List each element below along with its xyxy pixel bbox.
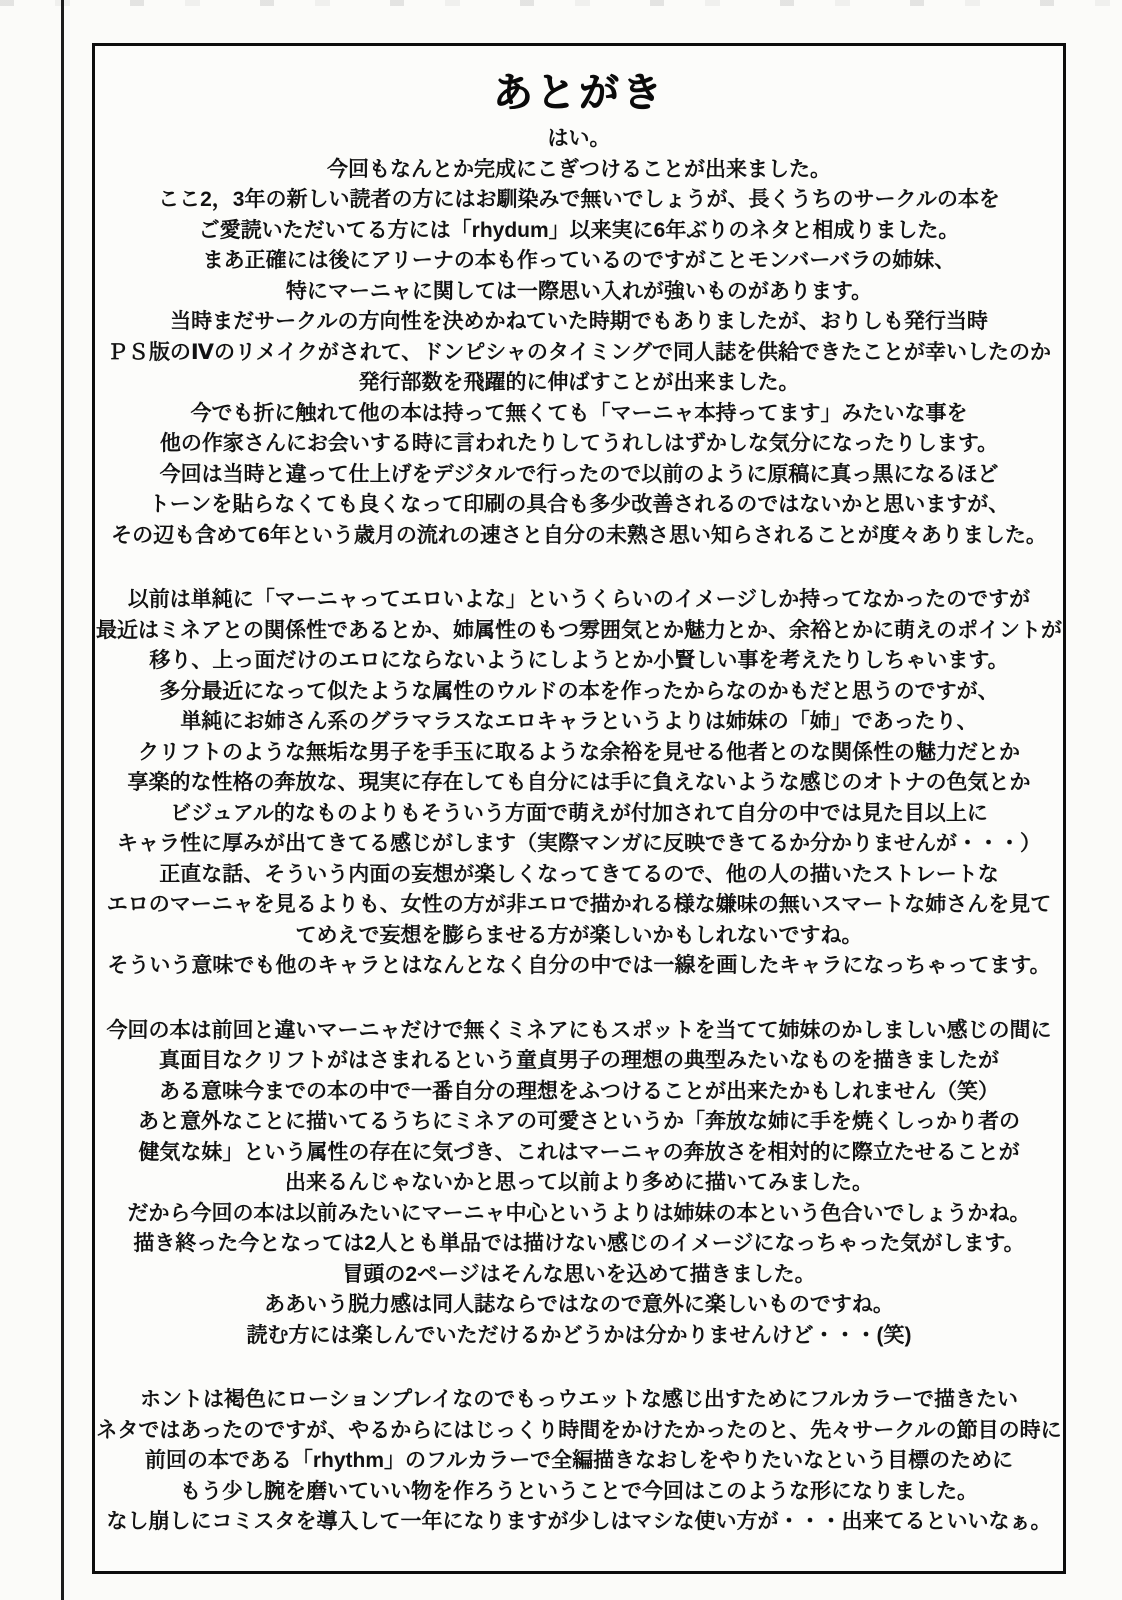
text-line: 今回は当時と違って仕上げをデジタルで行ったので以前のように原稿に真っ黒になるほど xyxy=(95,460,1063,491)
text-line: 単純にお姉さん系のグラマラスなエロキャラというよりは姉妹の「姉」であったり、 xyxy=(95,707,1063,738)
text-line: 享楽的な性格の奔放な、現実に存在しても自分には手に負えないような感じのオトナの色… xyxy=(95,768,1063,799)
text-line: 真面目なクリフトがはさまれるという童貞男子の理想の典型みたいなものを描きましたが xyxy=(95,1046,1063,1077)
paragraph: 以前は単純に「マーニャってエロいよな」というくらいのイメージしか持ってなかったの… xyxy=(95,585,1063,982)
text-line: 以前は単純に「マーニャってエロいよな」というくらいのイメージしか持ってなかったの… xyxy=(95,585,1063,616)
scan-edge-artifact xyxy=(61,0,64,1600)
text-line: 発行部数を飛躍的に伸ばすことが出来ました。 xyxy=(95,368,1063,399)
text-line: 当時まだサークルの方向性を決めかねていた時期でもありましたが、おりしも発行当時 xyxy=(95,307,1063,338)
text-line: 他の作家さんにお会いする時に言われたりしてうれしはずかしな気分になったりします。 xyxy=(95,429,1063,460)
text-line: 最近はミネアとの関係性であるとか、姉属性のもつ雰囲気とか魅力とか、余裕とかに萌え… xyxy=(95,616,1063,647)
paragraph: 今回の本は前回と違いマーニャだけで無くミネアにもスポットを当てて姉妹のかしましい… xyxy=(95,1016,1063,1352)
afterword-title: あとがき xyxy=(95,70,1063,116)
text-line: そういう意味でも他のキャラとはなんとなく自分の中では一線を画したキャラになっちゃ… xyxy=(95,951,1063,982)
text-line: クリフトのような無垢な男子を手玉に取るような余裕を見せる他者とのな関係性の魅力だ… xyxy=(95,738,1063,769)
text-line: エロのマーニャを見るよりも、女性の方が非エロで描かれる様な嫌味の無いスマートな姉… xyxy=(95,890,1063,921)
scan-noise-artifact xyxy=(0,0,1122,6)
text-line: 移り、上っ面だけのエロにならないようにしようとか小賢しい事を考えたりしちゃいます… xyxy=(95,646,1063,677)
text-line: だから今回の本は以前みたいにマーニャ中心というよりは姉妹の本という色合いでしょう… xyxy=(95,1199,1063,1230)
afterword-frame: あとがき はい。今回もなんとか完成にこぎつけることが出来ました。ここ2，3年の新… xyxy=(92,43,1066,1574)
text-line: まあ正確には後にアリーナの本も作っているのですがことモンバーバラの姉妹、 xyxy=(95,246,1063,277)
text-line: その辺も含めて6年という歳月の流れの速さと自分の未熟さ思い知らされることが度々あ… xyxy=(95,521,1063,552)
scanned-page: あとがき はい。今回もなんとか完成にこぎつけることが出来ました。ここ2，3年の新… xyxy=(0,0,1122,1600)
text-line: 多分最近になって似たような属性のウルドの本を作ったからなのかもだと思うのですが、 xyxy=(95,677,1063,708)
text-line: 読む方には楽しんでいただけるかどうかは分かりませんけど・・・(笑) xyxy=(95,1321,1063,1352)
text-line: てめえで妄想を膨らませる方が楽しいかもしれないですね。 xyxy=(95,921,1063,952)
text-line: あと意外なことに描いてるうちにミネアの可愛さというか「奔放な姉に手を焼くしっかり… xyxy=(95,1107,1063,1138)
afterword-content: あとがき はい。今回もなんとか完成にこぎつけることが出来ました。ここ2，3年の新… xyxy=(95,46,1063,1538)
paragraph: ホントは褐色にローションプレイなのでもっウエットな感じ出すためにフルカラーで描き… xyxy=(95,1385,1063,1538)
text-line: ビジュアル的なものよりもそういう方面で萌えが付加されて自分の中では見た目以上に xyxy=(95,799,1063,830)
text-line: ホントは褐色にローションプレイなのでもっウエットな感じ出すためにフルカラーで描き… xyxy=(95,1385,1063,1416)
text-line: 今回もなんとか完成にこぎつけることが出来ました。 xyxy=(95,155,1063,186)
text-line: 特にマーニャに関しては一際思い入れが強いものがあります。 xyxy=(95,277,1063,308)
text-line: はい。 xyxy=(95,124,1063,155)
text-line: 今でも折に触れて他の本は持って無くても「マーニャ本持ってます」みたいな事を xyxy=(95,399,1063,430)
text-line: もう少し腕を磨いていい物を作ろうということで今回はこのような形になりました。 xyxy=(95,1477,1063,1508)
text-line: 出来るんじゃないかと思って以前より多めに描いてみました。 xyxy=(95,1168,1063,1199)
text-line: ネタではあったのですが、やるからにはじっくり時間をかけたかったのと、先々サークル… xyxy=(95,1416,1063,1447)
text-line: 健気な妹」という属性の存在に気づき、これはマーニャの奔放さを相対的に際立たせるこ… xyxy=(95,1138,1063,1169)
text-line: 描き終った今となっては2人とも単品では描けない感じのイメージになっちゃった気がし… xyxy=(95,1229,1063,1260)
paragraph: はい。今回もなんとか完成にこぎつけることが出来ました。ここ2，3年の新しい読者の… xyxy=(95,124,1063,551)
text-line: ＰＳ版のⅣのリメイクがされて、ドンピシャのタイミングで同人誌を供給できたことが幸… xyxy=(95,338,1063,369)
text-line: 冒頭の2ページはそんな思いを込めて描きました。 xyxy=(95,1260,1063,1291)
text-line: 前回の本である「rhythm」のフルカラーで全編描きなおしをやりたいなという目標… xyxy=(95,1446,1063,1477)
text-line: 正直な話、そういう内面の妄想が楽しくなってきてるので、他の人の描いたストレートな xyxy=(95,860,1063,891)
afterword-body: はい。今回もなんとか完成にこぎつけることが出来ました。ここ2，3年の新しい読者の… xyxy=(95,124,1063,1538)
text-line: ああいう脱力感は同人誌ならではなので意外に楽しいものですね。 xyxy=(95,1290,1063,1321)
text-line: 今回の本は前回と違いマーニャだけで無くミネアにもスポットを当てて姉妹のかしましい… xyxy=(95,1016,1063,1047)
text-line: なし崩しにコミスタを導入して一年になりますが少しはマシな使い方が・・・出来てると… xyxy=(95,1507,1063,1538)
text-line: ここ2，3年の新しい読者の方にはお馴染みで無いでしょうが、長くうちのサークルの本… xyxy=(95,185,1063,216)
text-line: ある意味今までの本の中で一番自分の理想をふつけることが出来たかもしれません（笑） xyxy=(95,1077,1063,1108)
text-line: ご愛読いただいてる方には「rhydum」以来実に6年ぶりのネタと相成りました。 xyxy=(95,216,1063,247)
text-line: トーンを貼らなくても良くなって印刷の具合も多少改善されるのではないかと思いますが… xyxy=(95,490,1063,521)
text-line: キャラ性に厚みが出てきてる感じがします（実際マンガに反映できてるか分かりませんが… xyxy=(95,829,1063,860)
